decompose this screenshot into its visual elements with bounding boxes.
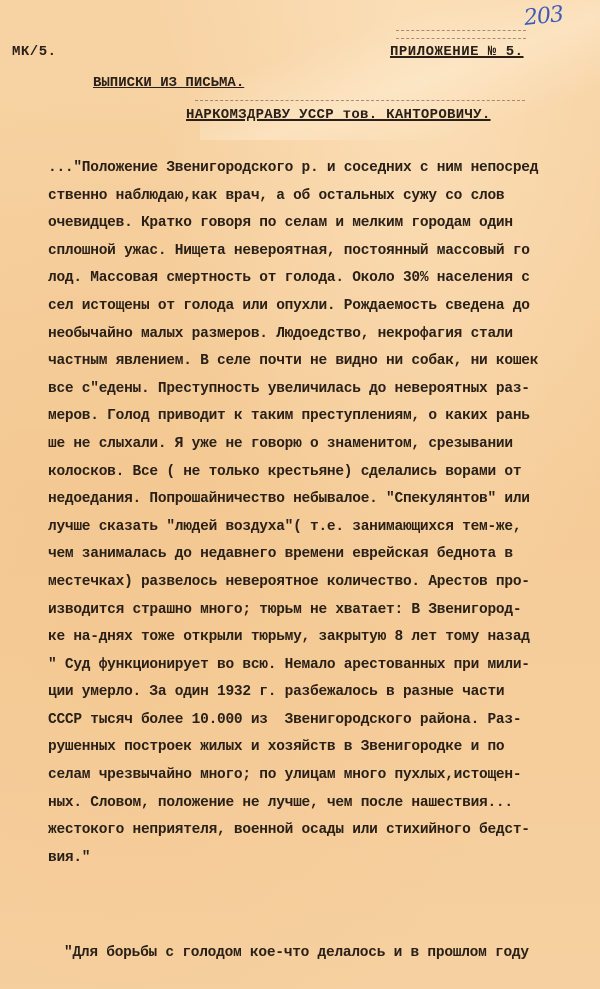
body-line: " Суд функционирует во всю. Немало арест… [48,652,600,680]
body-line: недоедания. Попрошайничество небывалое. … [48,486,600,514]
archive-page-number: 203 [523,2,564,31]
body-line: СССР тысяч более 10.000 из Звенигородско… [48,707,600,735]
body-line: лод. Массовая смертность от голода. Окол… [48,265,600,293]
body-line: чем занималась до недавнего времени евре… [48,541,600,569]
document-page: 203 МК/5. ПРИЛОЖЕНИЕ № 5. ВЫПИСКИ ИЗ ПИС… [0,0,600,989]
body-line: рушенных построек жилых и хозяйств в Зве… [48,734,600,762]
addressee-line: НАРКОМЗДРАВУ УССР тов. КАНТОРОВИЧУ. [186,107,491,123]
body-line: ке на-днях тоже открыли тюрьму, закрытую… [48,624,600,652]
body-line: вия." [48,845,600,873]
body-line: жестокого неприятеля, военной осады или … [48,817,600,845]
body-line: ции умерло. За один 1932 г. разбежалось … [48,679,600,707]
body-line: необычайно малых размеров. Людоедство, н… [48,321,600,349]
appendix-label: ПРИЛОЖЕНИЕ № 5. [390,44,524,60]
letter-body: ..."Положение Звенигородского р. и сосед… [48,155,600,872]
body-line: ных. Словом, положение не лучше, чем пос… [48,790,600,818]
body-line: меров. Голод приводит к таким преступлен… [48,403,600,431]
document-code: МК/5. [12,44,57,60]
body-line: все с"едены. Преступность увеличилась до… [48,376,600,404]
body-line: очевидцев. Кратко говоря по селам и мелк… [48,210,600,238]
body-line: местечках) развелось невероятное количес… [48,569,600,597]
closing-line: "Для борьбы с голодом кое-что делалось и… [64,945,529,961]
body-line: ..."Положение Звенигородского р. и сосед… [48,155,600,183]
body-line: селам чрезвычайно много; по улицам много… [48,762,600,790]
body-line: изводится страшно много; тюрьм не хватае… [48,597,600,625]
document-title: ВЫПИСКИ ИЗ ПИСЬМА. [93,75,244,91]
body-line: колосков. Все ( не только крестьяне) сде… [48,459,600,487]
dashed-rule [396,30,526,31]
body-line: лучше сказать "людей воздуха"( т.е. зани… [48,514,600,542]
body-line: сел истощены от голода или опухли. Рожда… [48,293,600,321]
body-line: сплошной ужас. Нищета невероятная, посто… [48,238,600,266]
body-line: частным явлением. В селе почти не видно … [48,348,600,376]
body-line: ше не слыхали. Я уже не говорю о знамени… [48,431,600,459]
dashed-rule [396,38,526,39]
body-line: ственно наблюдаю,как врач, а об остальны… [48,183,600,211]
dashed-rule [195,100,525,101]
